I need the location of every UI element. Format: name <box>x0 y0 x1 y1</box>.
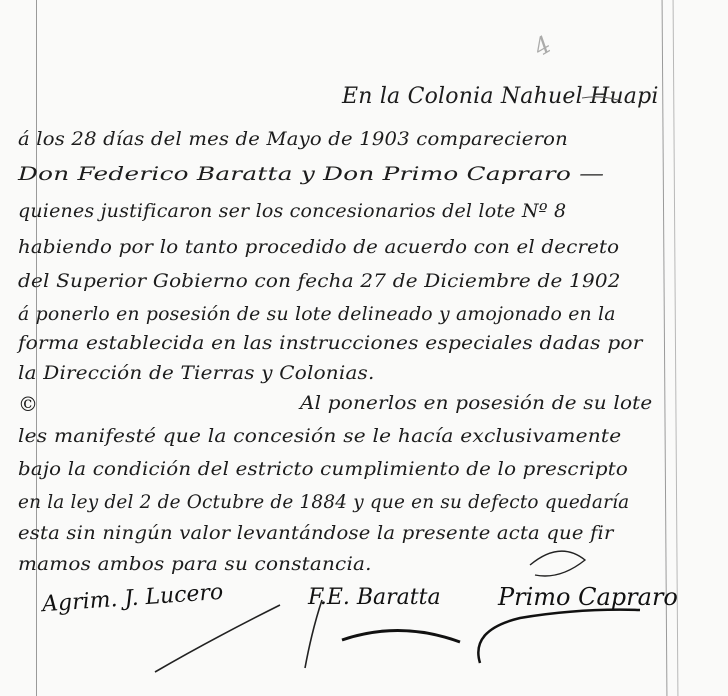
signature-flourishes <box>0 0 728 696</box>
document-page: 4 En la Colonia Nahuel Huapi á los 28 dí… <box>0 0 728 696</box>
